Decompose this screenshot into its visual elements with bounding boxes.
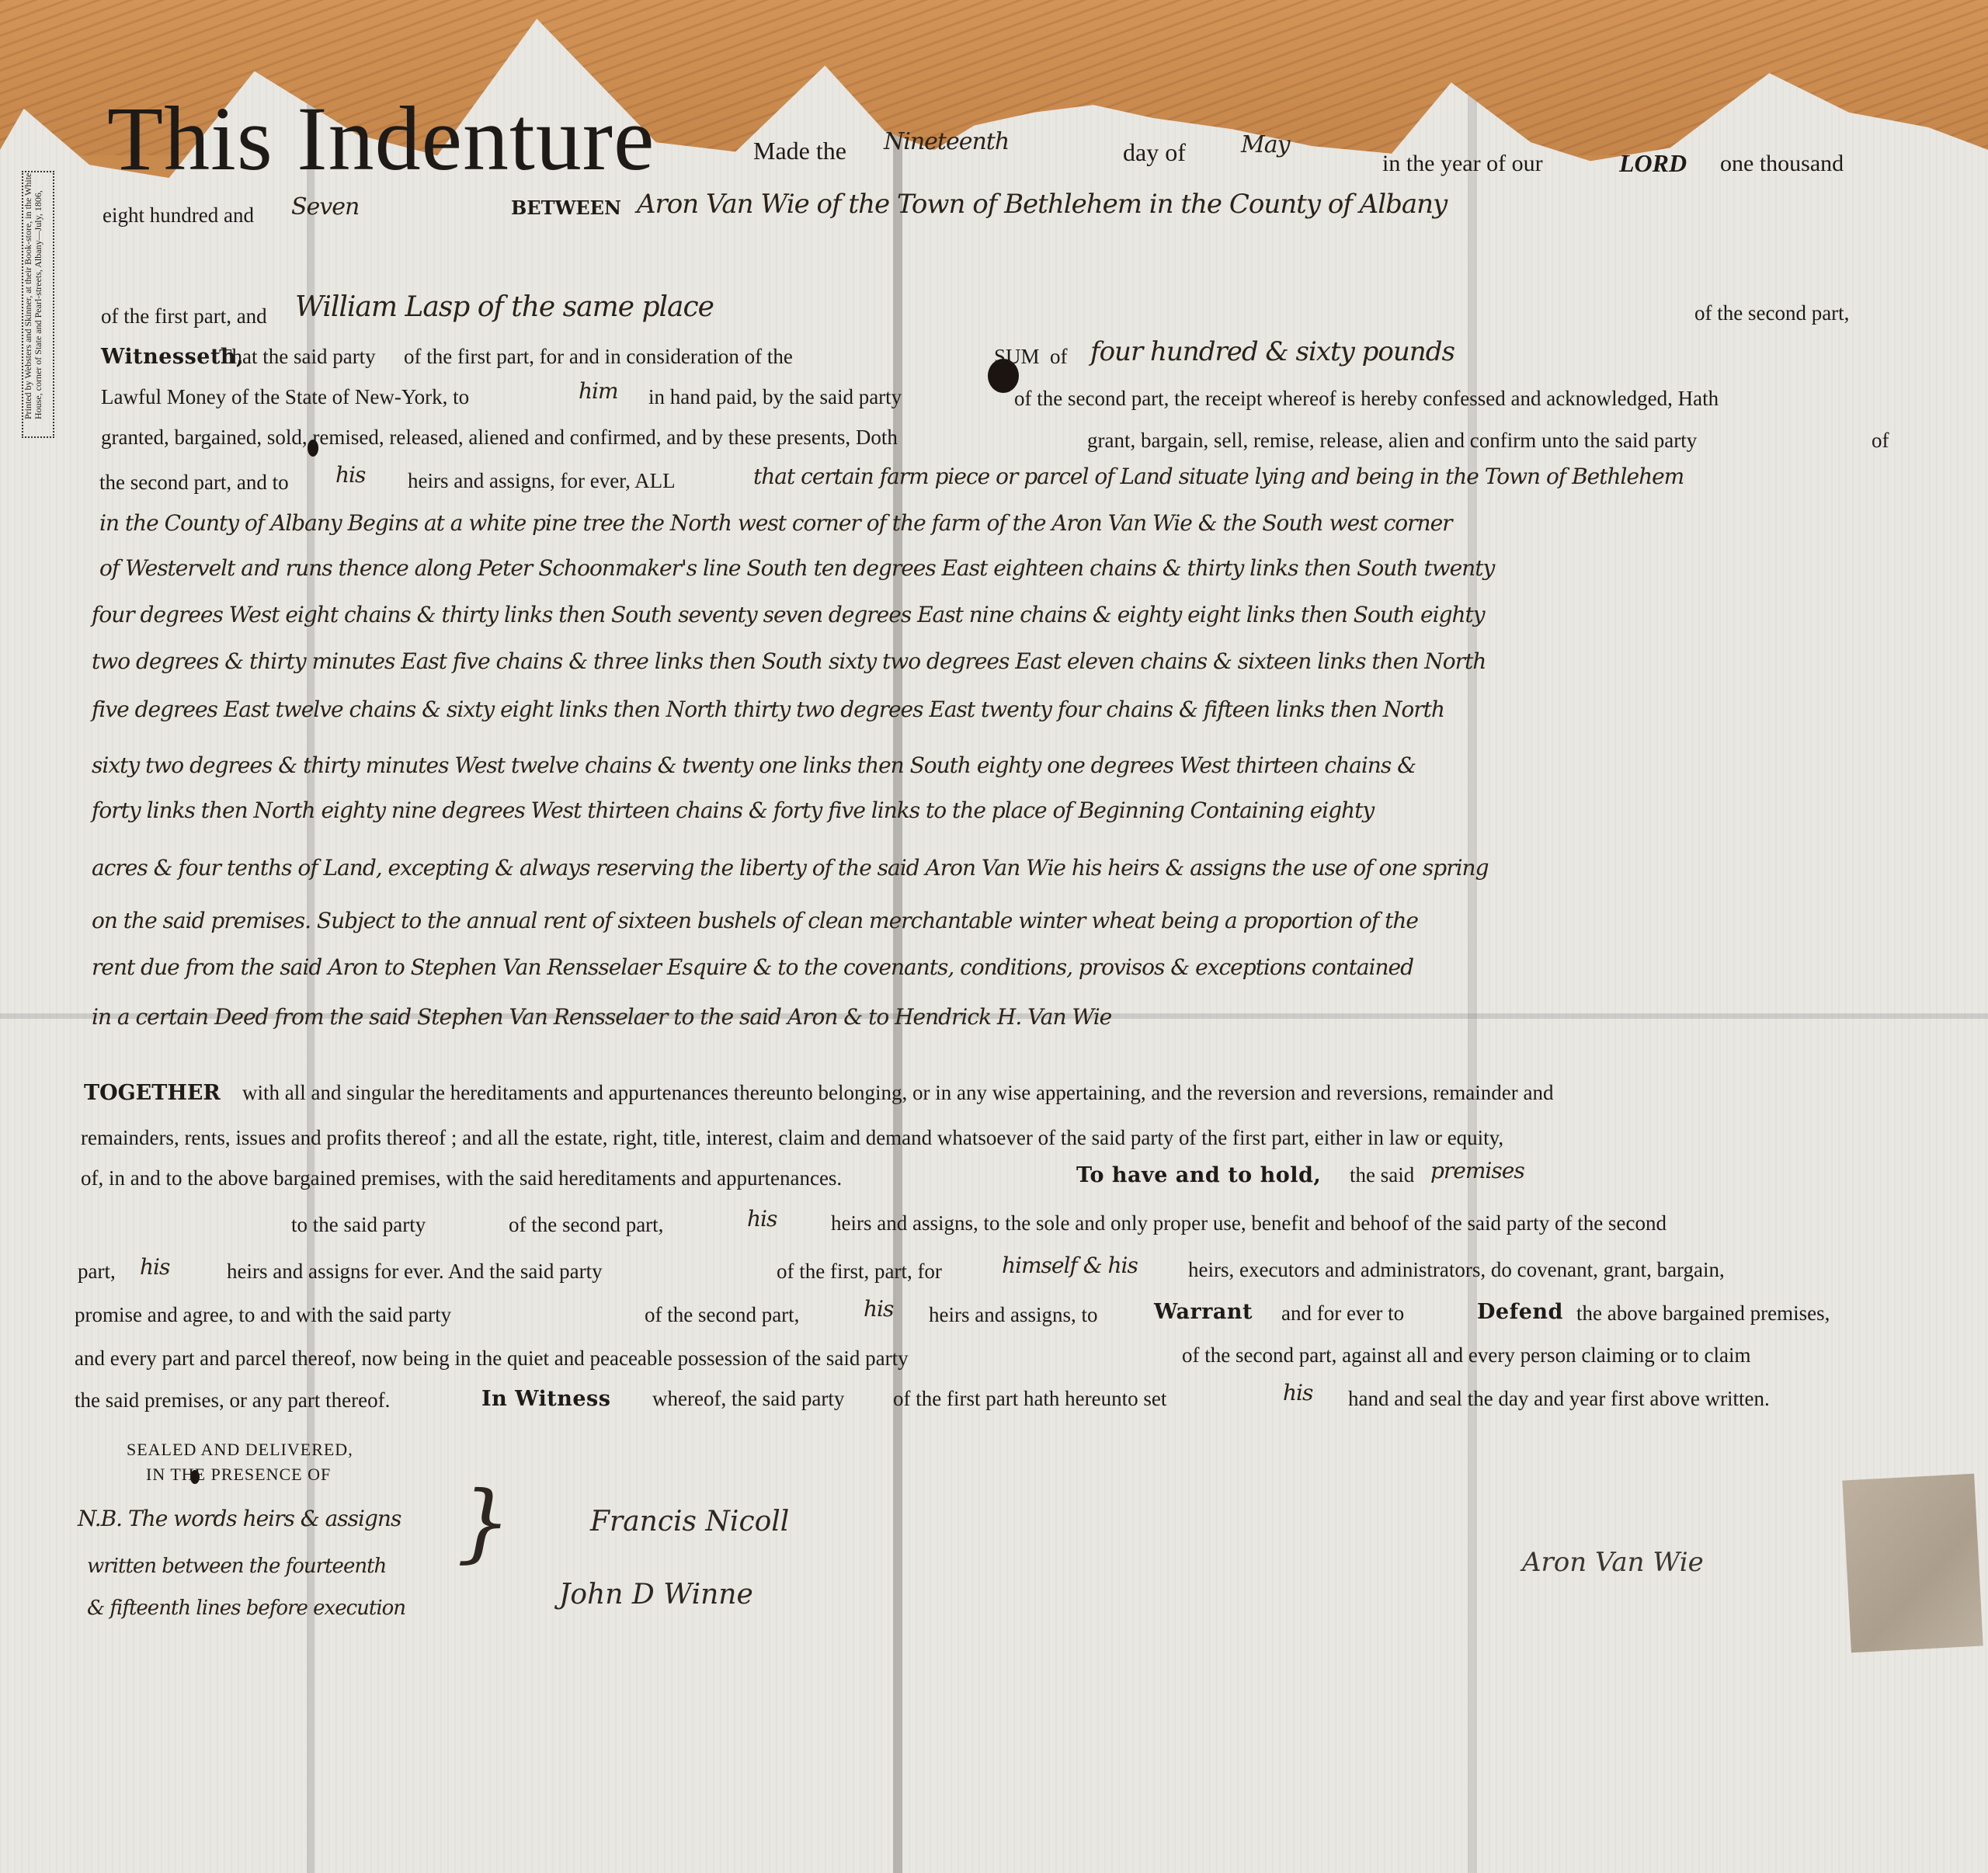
parcel-handwritten: that certain farm piece or parcel of Lan… bbox=[753, 466, 1684, 488]
of-first-part-and-label: of the first part, and bbox=[101, 306, 267, 327]
nb-note-line-3: & fifteenth lines before execution bbox=[87, 1598, 405, 1618]
together-line-1: with all and singular the hereditaments … bbox=[242, 1082, 1553, 1103]
to-have-and-to-hold-label: To have and to hold, bbox=[1076, 1165, 1321, 1186]
heirs-for-ever-text: heirs and assigns for ever. And the said… bbox=[227, 1261, 603, 1282]
sum-handwritten: four hundred & sixty pounds bbox=[1090, 339, 1455, 365]
of-label: of bbox=[1050, 346, 1068, 367]
witnesseth-line1b: of the first part, for and in considerat… bbox=[404, 346, 793, 367]
description-line-1: in the County of Albany Begins at a whit… bbox=[99, 513, 1452, 534]
receipt-text: of the second part, the receipt whereof … bbox=[1014, 388, 1719, 409]
premises-handwritten: premises bbox=[1430, 1160, 1524, 1182]
witness-signature-2: John D Winne bbox=[559, 1581, 753, 1609]
said-premises-text: the said premises, or any part thereof. bbox=[75, 1390, 390, 1411]
himself-his-handwritten: himself & his bbox=[1002, 1255, 1138, 1277]
defend-label: Defend bbox=[1477, 1301, 1563, 1322]
of-label-2: of bbox=[1872, 430, 1889, 451]
his-handwritten-4: his bbox=[864, 1298, 893, 1320]
printer-imprint: Printed by Websters and Skinner, at thei… bbox=[23, 171, 43, 419]
description-line-9: on the said premises. Subject to the ann… bbox=[92, 910, 1418, 932]
granted-text: granted, bargained, sold, remised, relea… bbox=[101, 427, 898, 448]
seal-tape-patch bbox=[1842, 1474, 1983, 1653]
document-title: This Indenture bbox=[107, 93, 655, 185]
bargained-premises-text: the above bargained premises, bbox=[1576, 1303, 1830, 1324]
in-witness-label: In Witness bbox=[481, 1388, 610, 1409]
eight-hundred-and-label: eight hundred and bbox=[103, 205, 254, 226]
second-part-text-2: of the second part, bbox=[645, 1305, 799, 1326]
year-handwritten: Seven bbox=[291, 196, 359, 219]
together-line-2: remainders, rents, issues and profits th… bbox=[81, 1128, 1503, 1148]
heirs-assigns-to-text: heirs and assigns, to bbox=[929, 1305, 1097, 1326]
together-line-3: of, in and to the above bargained premis… bbox=[81, 1168, 842, 1189]
him-handwritten: him bbox=[579, 381, 618, 402]
against-all-text: of the second part, against all and ever… bbox=[1182, 1345, 1751, 1366]
made-the-label: Made the bbox=[753, 138, 846, 163]
first-part-hath-text: of the first part hath hereunto set bbox=[893, 1388, 1166, 1409]
together-label: TOGETHER bbox=[84, 1082, 221, 1103]
his-handwritten-3: his bbox=[140, 1256, 169, 1278]
one-thousand-label: one thousand bbox=[1720, 152, 1844, 175]
his-handwritten: his bbox=[335, 464, 365, 486]
part-text: part, bbox=[78, 1261, 116, 1282]
for-ever-to-text: and for ever to bbox=[1281, 1303, 1404, 1324]
first-party-handwritten: Aron Van Wie of the Town of Bethlehem in… bbox=[637, 191, 1447, 217]
warrant-label: Warrant bbox=[1154, 1301, 1253, 1322]
month-handwritten: May bbox=[1241, 134, 1290, 157]
description-line-3: four degrees West eight chains & thirty … bbox=[92, 604, 1485, 626]
description-line-11: in a certain Deed from the said Stephen … bbox=[92, 1006, 1111, 1028]
description-line-8: acres & four tenths of Land, excepting &… bbox=[92, 857, 1489, 879]
nb-note-line-1: N.B. The words heirs & assigns bbox=[78, 1508, 401, 1530]
second-party-handwritten: William Lasp of the same place bbox=[295, 294, 714, 321]
second-part-text: of the second part, bbox=[509, 1214, 663, 1235]
every-part-text: and every part and parcel thereof, now b… bbox=[75, 1348, 909, 1369]
hand-and-seal-text: hand and seal the day and year first abo… bbox=[1348, 1388, 1770, 1409]
witness-signature-1: Francis Nicoll bbox=[590, 1508, 789, 1536]
in-presence-label: IN THE PRESENCE OF bbox=[146, 1466, 331, 1483]
between-label: BETWEEN bbox=[511, 199, 621, 217]
description-line-10: rent due from the said Aron to Stephen V… bbox=[92, 957, 1413, 978]
witnesseth-line1: That the said party bbox=[219, 346, 376, 367]
to-said-party-text: to the said party bbox=[291, 1214, 426, 1235]
his-handwritten-5: his bbox=[1283, 1382, 1312, 1404]
sole-use-text: heirs and assigns, to the sole and only … bbox=[831, 1213, 1667, 1234]
lord-label: LORD bbox=[1619, 151, 1687, 175]
his-handwritten-2: his bbox=[747, 1208, 777, 1230]
grantor-signature: Aron Van Wie bbox=[1522, 1549, 1704, 1576]
day-of-label: day of bbox=[1123, 140, 1186, 165]
grant-bargain-text: grant, bargain, sell, remise, release, a… bbox=[1087, 430, 1697, 451]
deed-paper bbox=[0, 0, 1988, 1873]
second-part-and-to-text: the second part, and to bbox=[99, 472, 289, 493]
description-line-5: five degrees East twelve chains & sixty … bbox=[92, 699, 1444, 721]
day-handwritten: Nineteenth bbox=[884, 130, 1009, 154]
first-part-for-text: of the first, part, for bbox=[777, 1261, 942, 1282]
heirs-assigns-all-text: heirs and assigns, for ever, ALL bbox=[408, 471, 676, 492]
description-line-2: of Westervelt and runs thence along Pete… bbox=[99, 558, 1494, 579]
whereof-text: whereof, the said party bbox=[652, 1388, 844, 1409]
executors-text: heirs, executors and administrators, do … bbox=[1188, 1260, 1725, 1281]
lawful-money-text: Lawful Money of the State of New-York, t… bbox=[101, 387, 469, 408]
of-second-part-label: of the second part, bbox=[1694, 303, 1849, 324]
witness-brace-icon: } bbox=[457, 1479, 511, 1565]
description-line-6: sixty two degrees & thirty minutes West … bbox=[92, 755, 1416, 777]
year-phrase: in the year of our bbox=[1382, 152, 1543, 175]
sealed-delivered-label: SEALED AND DELIVERED, bbox=[127, 1441, 353, 1458]
sum-label: SUM bbox=[994, 346, 1040, 367]
nb-note-line-2: written between the fourteenth bbox=[87, 1556, 386, 1576]
description-line-4: two degrees & thirty minutes East five c… bbox=[92, 651, 1486, 672]
description-line-7: forty links then North eighty nine degre… bbox=[92, 800, 1374, 822]
promise-agree-text: promise and agree, to and with the said … bbox=[75, 1305, 451, 1326]
hand-paid-text: in hand paid, by the said party bbox=[648, 387, 902, 408]
the-said-text: the said bbox=[1350, 1165, 1414, 1186]
